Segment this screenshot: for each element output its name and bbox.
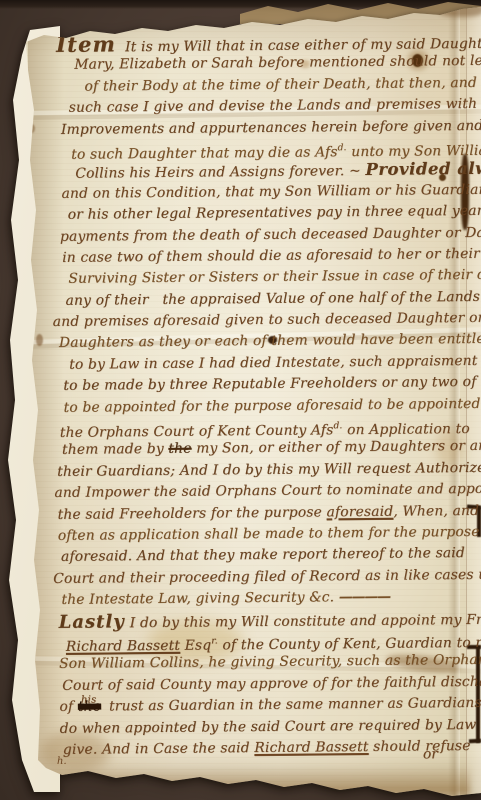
text-segment: Court and their proceeding filed of Reco… xyxy=(53,566,481,586)
text-segment: to be made by three Reputable Freeholder… xyxy=(63,374,481,394)
text-segment: and Impower the said Orphans Court to no… xyxy=(54,481,481,501)
text-segment: Esq xyxy=(180,637,211,653)
bottom-edge-stain xyxy=(34,766,470,794)
manuscript-page: ItemIt is my Will that in case either of… xyxy=(0,0,481,800)
text-segment: do when appointed by the said Court are … xyxy=(60,716,481,736)
text-segment-opening: Item xyxy=(56,31,125,57)
text-segment: Surviving Sister or Sisters or their Iss… xyxy=(68,267,481,287)
text-segment: trust as Guardian in the same manner as … xyxy=(104,695,481,715)
text-segment-strike: the xyxy=(168,441,191,457)
text-segment: of their Body at the time of their Death… xyxy=(84,74,481,94)
text-segment: Son William Collins, he giving Security,… xyxy=(59,652,481,672)
text-segment: in case two of them should die as afores… xyxy=(62,246,480,266)
text-segment: payments from the death of such deceased… xyxy=(60,224,481,245)
text-segment-underline: aforesaid xyxy=(326,503,393,520)
text-segment: and on this Condition, that my Son Willi… xyxy=(61,182,481,202)
text-segment: give. And in Case the said xyxy=(63,740,255,758)
manuscript-line: such case I give and devise the Lands an… xyxy=(69,94,461,119)
manuscript-line: Court and their proceeding filed of Reco… xyxy=(53,565,465,590)
manuscript-lines: ItemIt is my Will that in case either of… xyxy=(48,30,467,761)
manuscript-text: ItemIt is my Will that in case either of… xyxy=(48,30,467,761)
manuscript-photo: ItemIt is my Will that in case either of… xyxy=(0,0,481,800)
text-segment: their Guardians; And I do by this my Wil… xyxy=(57,460,481,480)
text-segment: to by Law in case I had died Intestate, … xyxy=(69,353,477,373)
fox-spot xyxy=(36,334,43,346)
text-segment-underline: Richard Bassett xyxy=(66,638,180,655)
page-mark: h. xyxy=(57,756,67,767)
text-segment: Improvements and appurtenances herein be… xyxy=(61,117,481,138)
text-segment: my Son, or either of my Daughters or any… xyxy=(191,438,481,457)
text-segment: Mary, Elizabeth or Sarah before mentione… xyxy=(74,53,481,74)
text-segment: the Intestate Law, giving Security &c. xyxy=(61,589,339,608)
text-segment: to be appointed for the purpose aforesai… xyxy=(64,395,481,415)
text-segment: any of their the appraised Value of one … xyxy=(65,289,480,309)
text-segment: Collins his Heirs and Assigns forever. ~ xyxy=(75,163,365,182)
text-segment: I do by this my Will constitute and appo… xyxy=(130,611,481,631)
text-segment-rule: ———— xyxy=(339,589,390,605)
text-segment: or his other legal Representatives pay i… xyxy=(68,203,481,223)
text-segment-supword: his xyxy=(81,695,96,706)
catchword: or xyxy=(423,746,438,762)
text-segment: of xyxy=(59,699,78,715)
text-segment: them made by xyxy=(62,441,169,458)
text-segment: , When, and as xyxy=(393,502,481,519)
text-segment: should refuse xyxy=(368,738,470,755)
text-segment: and premises aforesaid given to such dec… xyxy=(53,310,481,330)
text-segment-em: Provided always xyxy=(365,159,481,179)
text-segment-sup: d. xyxy=(333,421,342,431)
text-segment: Daughters as they or each of them would … xyxy=(59,331,481,351)
paper-stack: ItemIt is my Will that in case either of… xyxy=(0,0,481,800)
text-segment: Court of said County may approve of for … xyxy=(62,673,481,693)
text-segment-em2: Lastly xyxy=(59,611,130,633)
manuscript-line: or his other legal Representatives pay i… xyxy=(68,201,462,226)
edge-browning xyxy=(438,2,481,17)
text-segment: aforesaid. And that they make report the… xyxy=(61,545,465,565)
text-segment: such case I give and devise the Lands an… xyxy=(69,96,481,116)
manuscript-line: give. And in Case the said Richard Basse… xyxy=(63,736,467,761)
text-segment-underline: Richard Bassett xyxy=(254,739,368,756)
text-segment: the said Freeholders for the purpose xyxy=(58,504,327,523)
text-segment: often as application shall be made to th… xyxy=(58,524,480,544)
